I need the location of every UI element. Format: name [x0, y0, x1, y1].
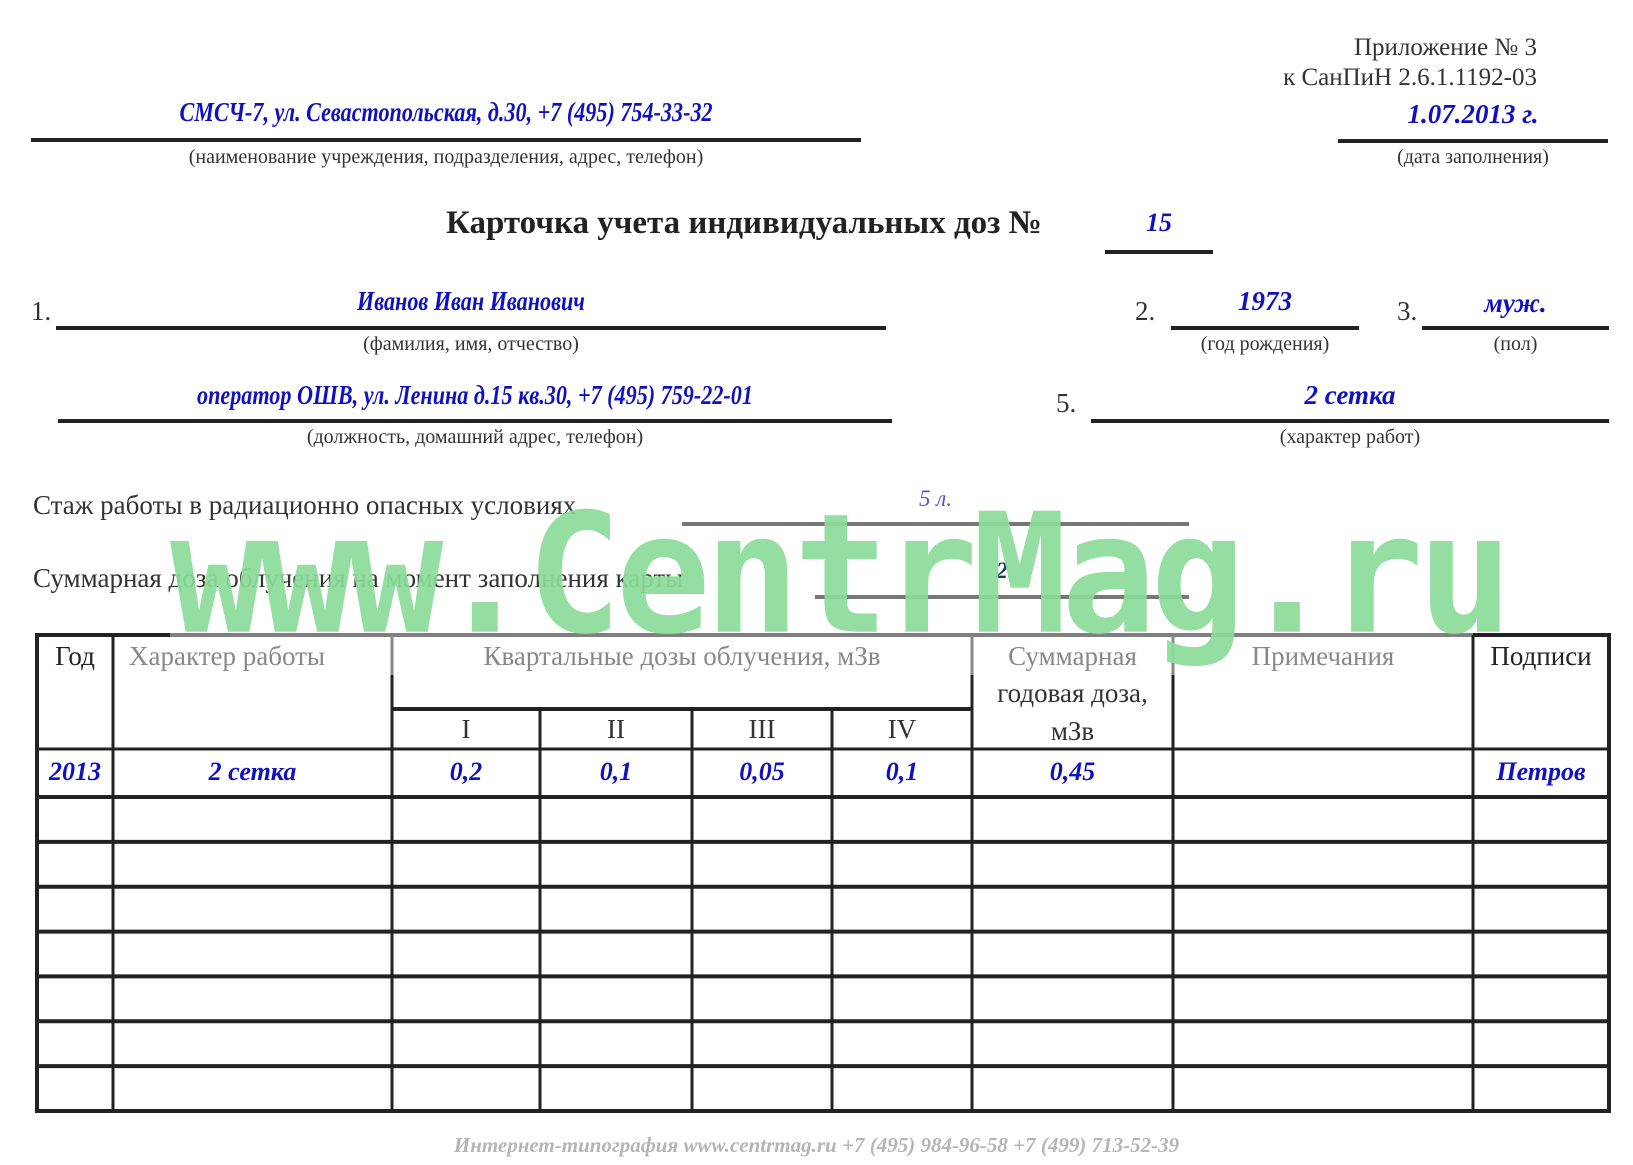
header-q1: I — [392, 714, 540, 745]
header-q4: IV — [832, 714, 972, 745]
field-3-index: 3. — [1397, 296, 1417, 327]
birth-year-caption: (год рождения) — [1171, 333, 1359, 356]
cell-signature[interactable]: Петров — [1473, 757, 1609, 787]
name-value: Иванов Иван Иванович — [357, 286, 585, 317]
fill-date-value: 1.07.2013 г. — [1407, 99, 1538, 129]
field-2-index: 2. — [1135, 296, 1155, 327]
birth-year-underline — [1171, 326, 1359, 330]
cell-q3[interactable]: 0,05 — [692, 757, 832, 787]
cell-year[interactable]: 2013 — [37, 757, 113, 787]
institution-value: СМСЧ-7, ул. Севастопольская, д.30, +7 (4… — [179, 97, 712, 128]
position-field[interactable]: оператор ОШВ, ул. Ленина д.15 кв.30, +7 … — [58, 380, 892, 411]
cell-q4[interactable]: 0,1 — [832, 757, 972, 787]
appendix-line-2: к СанПиН 2.6.1.1192-03 — [1283, 63, 1537, 93]
card-number-value: 15 — [1146, 208, 1172, 237]
institution-caption: (наименование учреждения, подразделения,… — [31, 146, 861, 169]
card-number-underline — [1105, 250, 1213, 254]
birth-year-field[interactable]: 1973 — [1171, 286, 1359, 317]
header-annual-line-3: мЗв — [972, 716, 1173, 747]
work-type-field[interactable]: 2 сетка — [1091, 380, 1609, 411]
header-year: Год — [37, 641, 113, 672]
position-value: оператор ОШВ, ул. Ленина д.15 кв.30, +7 … — [197, 380, 753, 411]
birth-year-value: 1973 — [1238, 286, 1292, 316]
field-5-index: 5. — [1056, 388, 1076, 419]
appendix-line-1: Приложение № 3 — [1283, 33, 1537, 63]
cell-q1[interactable]: 0,2 — [392, 757, 540, 787]
fill-date-field[interactable]: 1.07.2013 г. — [1338, 99, 1608, 130]
name-underline — [56, 326, 886, 330]
sex-caption: (пол) — [1422, 333, 1609, 356]
footer-printer-info: Интернет-типография www.centrmag.ru +7 (… — [0, 1133, 1633, 1158]
work-type-value: 2 сетка — [1304, 380, 1395, 410]
sex-value: муж. — [1484, 288, 1546, 318]
appendix-reference: Приложение № 3 к СанПиН 2.6.1.1192-03 — [1283, 33, 1537, 93]
cell-q2[interactable]: 0,1 — [540, 757, 692, 787]
card-number-field[interactable]: 15 — [1105, 208, 1213, 238]
watermark: www.CentrMag.ru — [170, 502, 1470, 649]
work-type-underline — [1091, 419, 1609, 423]
page-title: Карточка учета индивидуальных доз № — [446, 205, 1042, 242]
fill-date-caption: (дата заполнения) — [1338, 146, 1608, 169]
field-1-index: 1. — [31, 296, 51, 327]
header-q2: II — [540, 714, 692, 745]
header-q3: III — [692, 714, 832, 745]
position-caption: (должность, домашний адрес, телефон) — [58, 426, 892, 449]
header-annual-line-2: годовая доза, — [972, 678, 1173, 709]
institution-underline — [31, 138, 861, 142]
fill-date-underline — [1338, 139, 1608, 143]
name-caption: (фамилия, имя, отчество) — [56, 333, 886, 356]
name-field[interactable]: Иванов Иван Иванович — [56, 286, 886, 317]
cell-work[interactable]: 2 сетка — [113, 757, 392, 787]
work-type-caption: (характер работ) — [1091, 426, 1609, 449]
sex-field[interactable]: муж. — [1422, 288, 1609, 319]
institution-field[interactable]: СМСЧ-7, ул. Севастопольская, д.30, +7 (4… — [31, 97, 861, 128]
position-underline — [58, 419, 892, 423]
sex-underline — [1422, 326, 1609, 330]
cell-annual[interactable]: 0,45 — [972, 757, 1173, 787]
